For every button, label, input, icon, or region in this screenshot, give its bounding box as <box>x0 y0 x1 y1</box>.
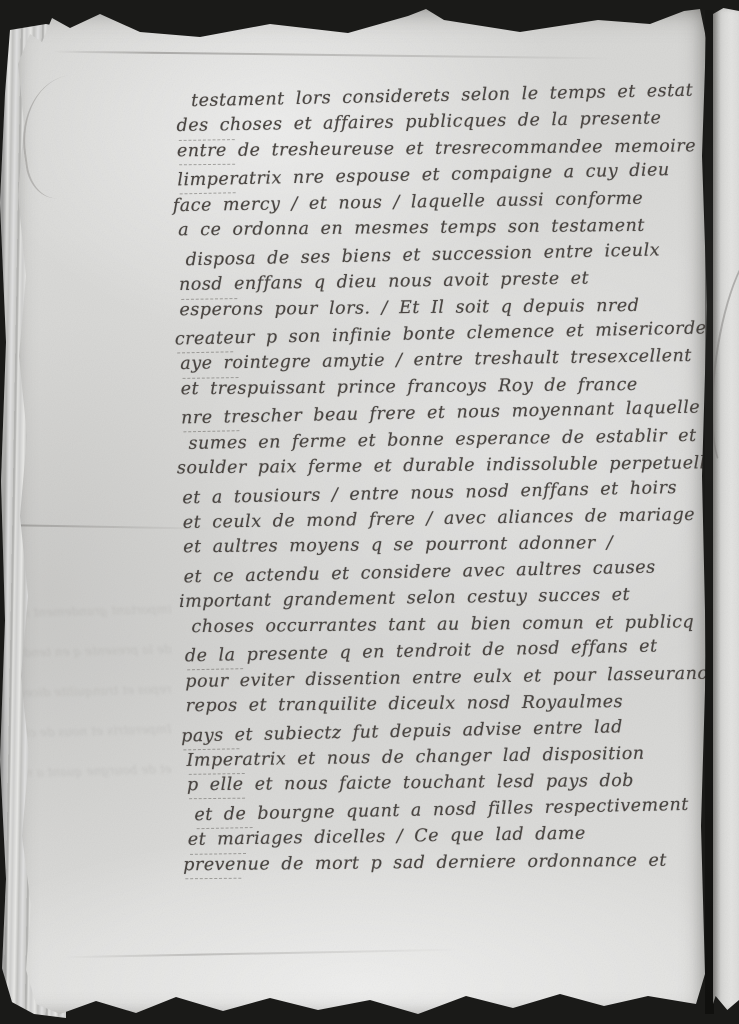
handwritten-text-block: testament lors considerets selon le temp… <box>176 81 739 883</box>
paper-crease <box>14 70 122 202</box>
showthrough-line: de la presente q en tendroit de nosd eff… <box>22 642 172 686</box>
verso-ink-showthrough: important grandement selon cestuy succes… <box>22 604 172 804</box>
showthrough-line: et de bourgne quant a nosd filles respec… <box>22 762 172 804</box>
paper-crease <box>52 51 612 60</box>
showthrough-line: important grandement selon cestuy succes… <box>22 604 172 646</box>
manuscript-page: important grandement selon cestuy succes… <box>8 6 710 1018</box>
paper-crease <box>64 948 504 958</box>
photograph-background: important grandement selon cestuy succes… <box>0 0 739 1024</box>
showthrough-line: repos et tranquilite diceulx nosd Royaul… <box>22 682 172 726</box>
manuscript-line: prevenue de mort p sad derniere ordonnan… <box>183 850 739 882</box>
paper-grain-texture <box>713 8 739 1010</box>
page-gap-shadow <box>705 10 714 1014</box>
facing-page-edge <box>713 8 739 1010</box>
showthrough-line: Imperatrix et nous de changer lad dispos… <box>22 722 172 766</box>
